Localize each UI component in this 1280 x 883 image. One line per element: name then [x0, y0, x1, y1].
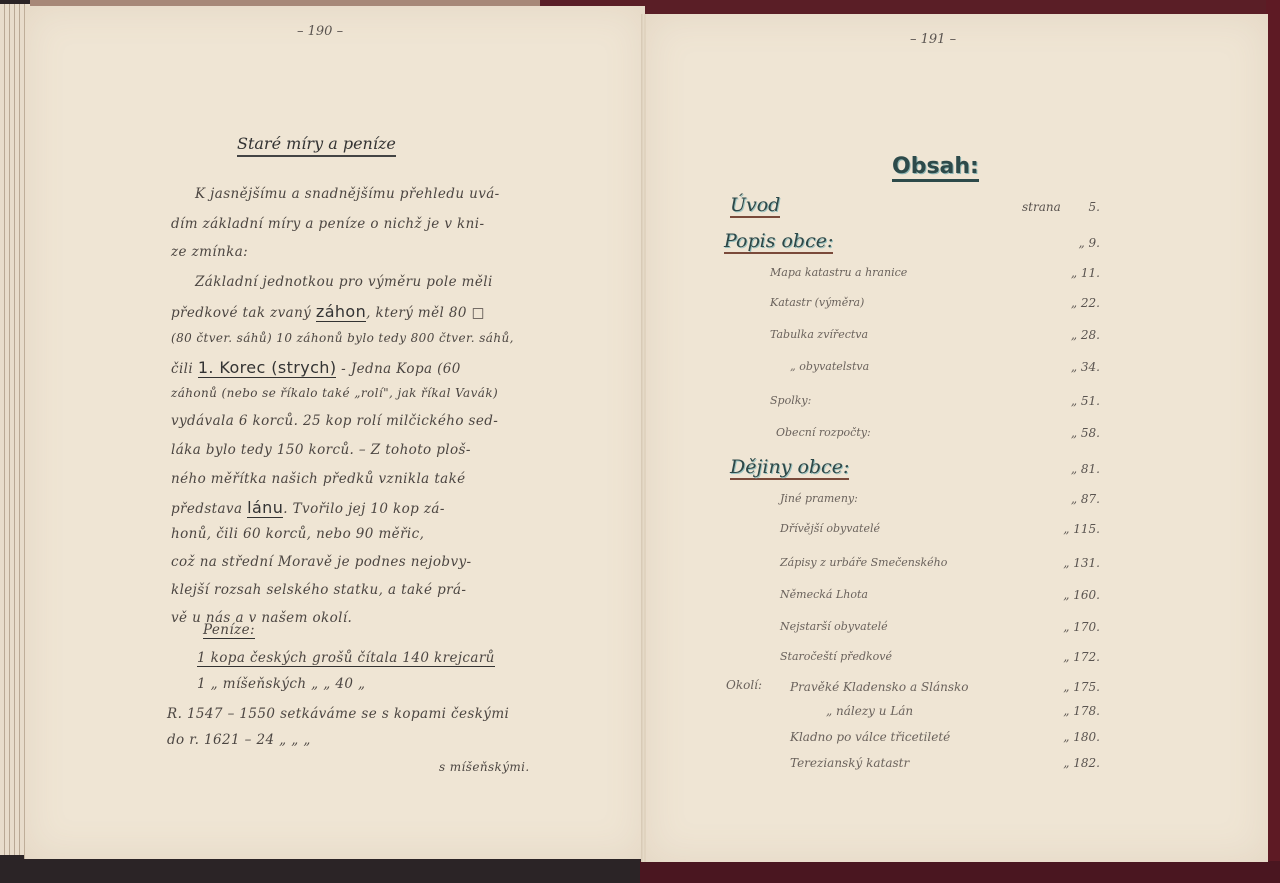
text-line: Základní jednotkou pro výměru pole měli — [195, 274, 493, 290]
toc-item: Jiné prameny: — [780, 492, 858, 505]
toc-heading-dejiny-obce: Dějiny obce: — [730, 456, 849, 480]
toc-page: „ 34. — [1030, 360, 1100, 374]
toc-page: „ 182. — [1030, 756, 1100, 770]
text-line: vě u nás a v našem okolí. — [171, 610, 352, 626]
text-line: K jasnějšímu a snadnějšímu přehledu uvá- — [195, 186, 500, 202]
text-line: honů, čili 60 korců, nebo 90 měřic, — [171, 526, 424, 542]
toc-item: Tabulka zvířectva — [770, 328, 868, 341]
underlined-term: záhon — [316, 302, 366, 322]
toc-item: Terezianský katastr — [790, 756, 909, 770]
toc-item: Pravěké Kladensko a Slánsko — [790, 680, 969, 694]
toc-item: Katastr (výměra) — [770, 296, 864, 309]
text-line: (80 čtver. sáhů) 10 záhonů bylo tedy 800… — [171, 331, 514, 345]
toc-page: „ 131. — [1030, 556, 1100, 570]
toc-item: Spolky: — [770, 394, 811, 407]
toc-page: „ 9. — [1030, 236, 1100, 250]
text-line: ze zmínka: — [171, 244, 248, 260]
toc-page: „ 28. — [1030, 328, 1100, 342]
toc-item: Mapa katastru a hranice — [770, 266, 907, 279]
toc-page: „ 115. — [1030, 522, 1100, 536]
toc-page: „ 172. — [1030, 650, 1100, 664]
text-line: ného měřítka našich předků vznikla také — [171, 471, 466, 487]
page-title: Staré míry a peníze — [237, 134, 396, 157]
toc-page: „ 22. — [1030, 296, 1100, 310]
toc-item: Staročeští předkové — [780, 650, 892, 663]
open-book: – 190 – Staré míry a peníze K jasnějšímu… — [0, 0, 1280, 883]
toc-page: „ 178. — [1030, 704, 1100, 718]
toc-page: „ 160. — [1030, 588, 1100, 602]
underlined-term: lánu — [247, 498, 283, 518]
toc-page: „ 175. — [1030, 680, 1100, 694]
money-line: s míšeňskými. — [439, 760, 530, 774]
toc-item: „ nálezy u Lán — [826, 704, 913, 718]
money-line: R. 1547 – 1550 setkáváme se s kopami čes… — [167, 706, 509, 722]
money-heading: Peníze: — [203, 622, 255, 639]
toc-item: Kladno po válce třicetileté — [790, 730, 950, 744]
underlined-term: 1. Korec (strych) — [198, 358, 337, 378]
text-line: čili 1. Korec (strych) - Jedna Kopa (60 — [171, 358, 461, 377]
text-line: představa lánu. Tvořilo jej 10 kop zá- — [171, 498, 445, 517]
money-line: do r. 1621 – 24 „ „ „ — [167, 732, 311, 748]
page-number: – 190 – — [297, 24, 343, 39]
text-line: vydávala 6 korců. 25 kop rolí milčického… — [171, 413, 498, 429]
left-page: – 190 – Staré míry a peníze K jasnějšímu… — [24, 6, 645, 859]
toc-page: „ 180. — [1030, 730, 1100, 744]
text-line: láka bylo tedy 150 korců. – Z tohoto plo… — [171, 442, 471, 458]
toc-page: „ 58. — [1030, 426, 1100, 440]
money-line: 1 kopa českých grošů čítala 140 krejcarů — [197, 650, 495, 667]
toc-page: „ 87. — [1030, 492, 1100, 506]
book-cover-bottom — [640, 861, 1280, 883]
book-cover-right — [1266, 0, 1280, 883]
toc-page: „ 170. — [1030, 620, 1100, 634]
toc-page: „ 11. — [1030, 266, 1100, 280]
text-line: dím základní míry a peníze o nichž je v … — [171, 216, 484, 232]
toc-item: Zápisy z urbáře Smečenského — [780, 556, 947, 569]
text-line: klejší rozsah selského statku, a také pr… — [171, 582, 466, 598]
toc-page: „ 51. — [1030, 394, 1100, 408]
text-line: záhonů (nebo se říkalo také „rolí", jak … — [171, 386, 498, 400]
toc-page: 5. — [1030, 200, 1100, 214]
toc-item: Nejstarší obyvatelé — [780, 620, 888, 633]
money-line: 1 „ míšeňských „ „ 40 „ — [197, 676, 365, 692]
text-line: předkové tak zvaný záhon, který měl 80 □ — [171, 302, 485, 321]
okoli-label: Okolí: — [726, 678, 762, 692]
toc-item: „ obyvatelstva — [790, 360, 869, 373]
toc-heading-popis-obce: Popis obce: — [724, 230, 833, 254]
toc-heading-uvod: Úvod — [730, 194, 780, 218]
right-page: – 191 – Obsah: Úvod strana 5. Popis obce… — [644, 14, 1268, 862]
toc-item: Dřívější obyvatelé — [780, 522, 880, 535]
toc-page: „ 81. — [1030, 462, 1100, 476]
toc-item: Německá Lhota — [780, 588, 868, 601]
page-number: – 191 – — [910, 32, 956, 47]
toc-item: Obecní rozpočty: — [776, 426, 871, 439]
toc-title: Obsah: — [892, 154, 979, 182]
text-line: což na střední Moravě je podnes nejobvy- — [171, 554, 471, 570]
